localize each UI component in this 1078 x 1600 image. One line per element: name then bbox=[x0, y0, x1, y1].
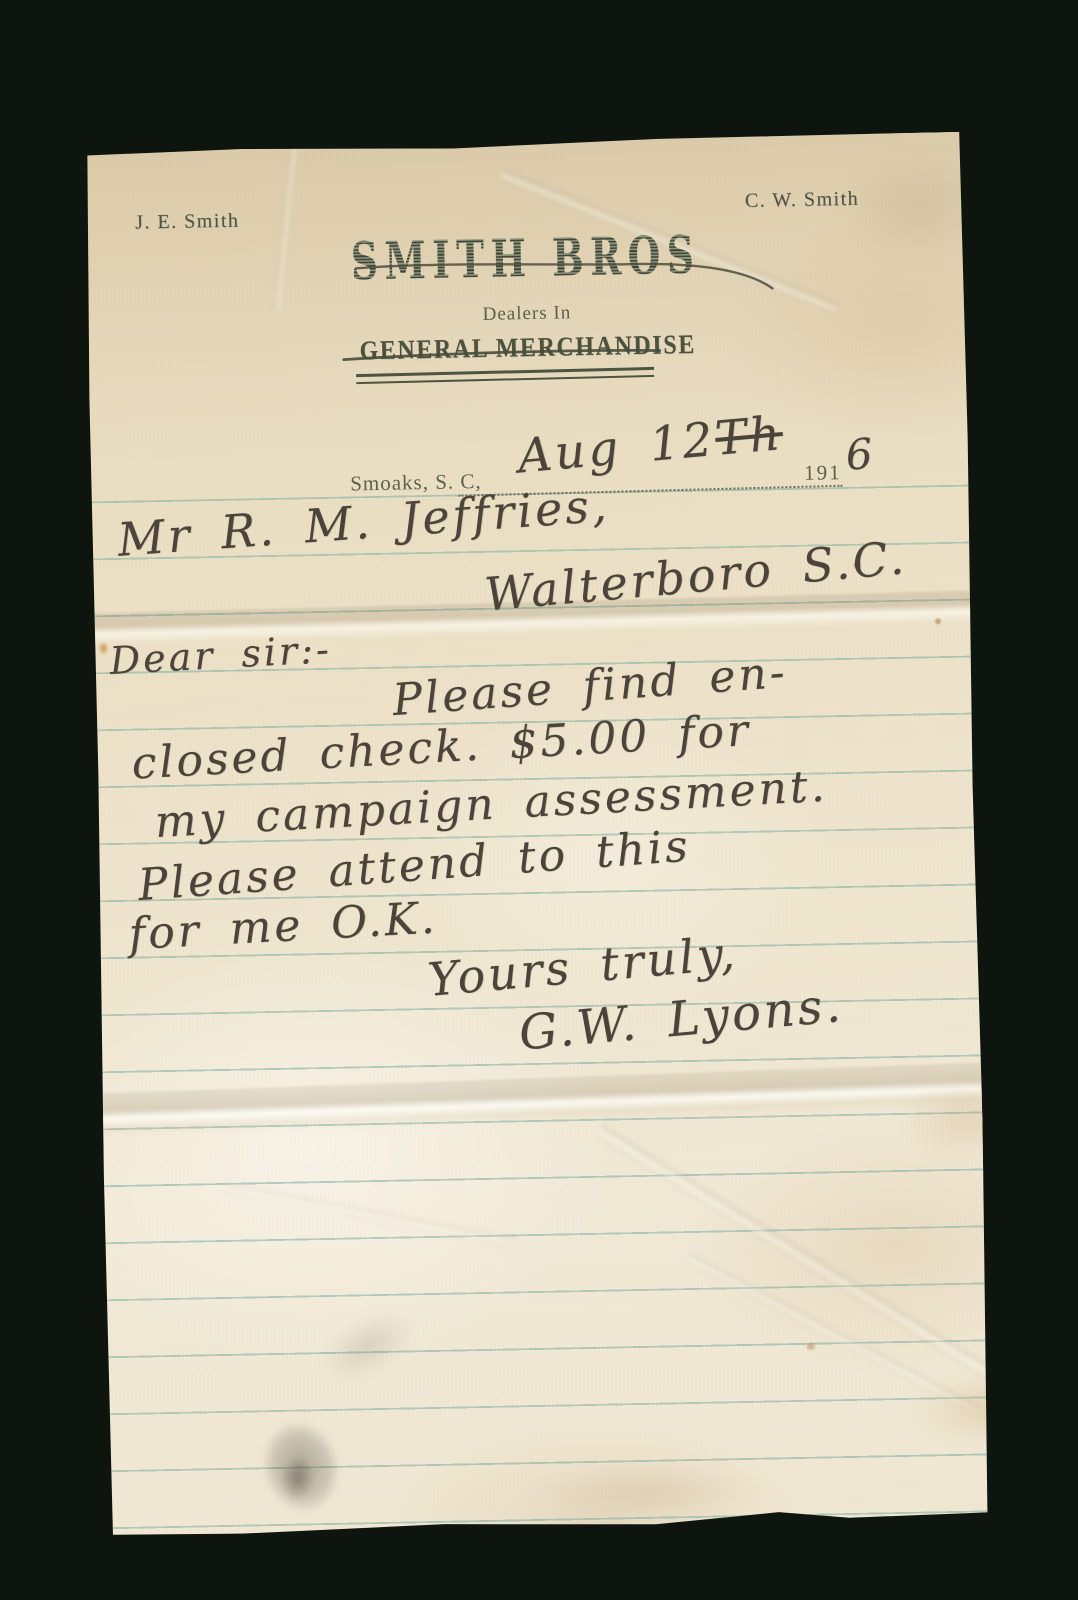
rust-spot bbox=[97, 640, 109, 656]
letter-paper: J. E. Smith C. W. Smith SMITH BROS Deale… bbox=[84, 132, 991, 1541]
ink-smudge-stain bbox=[275, 1450, 320, 1507]
wrinkle-mark bbox=[685, 1252, 982, 1416]
merchandise-line-text: GENERAL MERCHANDISE bbox=[359, 329, 696, 366]
speck bbox=[935, 618, 941, 624]
handwritten-date-suffix: Th bbox=[713, 406, 785, 467]
ink-smudge-stain bbox=[237, 1396, 365, 1538]
ink-smudge-stain bbox=[294, 1284, 442, 1408]
wrinkle-mark bbox=[221, 1181, 518, 1250]
speck bbox=[807, 1343, 815, 1350]
fold-crease-lower bbox=[94, 1062, 991, 1137]
merchandise-double-underline bbox=[356, 367, 654, 384]
address-city-line: Walterboro S.C. bbox=[483, 534, 909, 617]
salutation-line: Dear sir:- bbox=[109, 630, 333, 680]
handwritten-year-digit: 6 bbox=[844, 433, 877, 477]
company-name-text: SMITH BROS bbox=[351, 225, 702, 293]
proprietor-right-name: C. W. Smith bbox=[745, 188, 860, 213]
dateline-year-prefix: 191 bbox=[804, 460, 842, 486]
wrinkle-mark bbox=[595, 1124, 1002, 1385]
proprietor-left-name: J. E. Smith bbox=[135, 210, 240, 235]
